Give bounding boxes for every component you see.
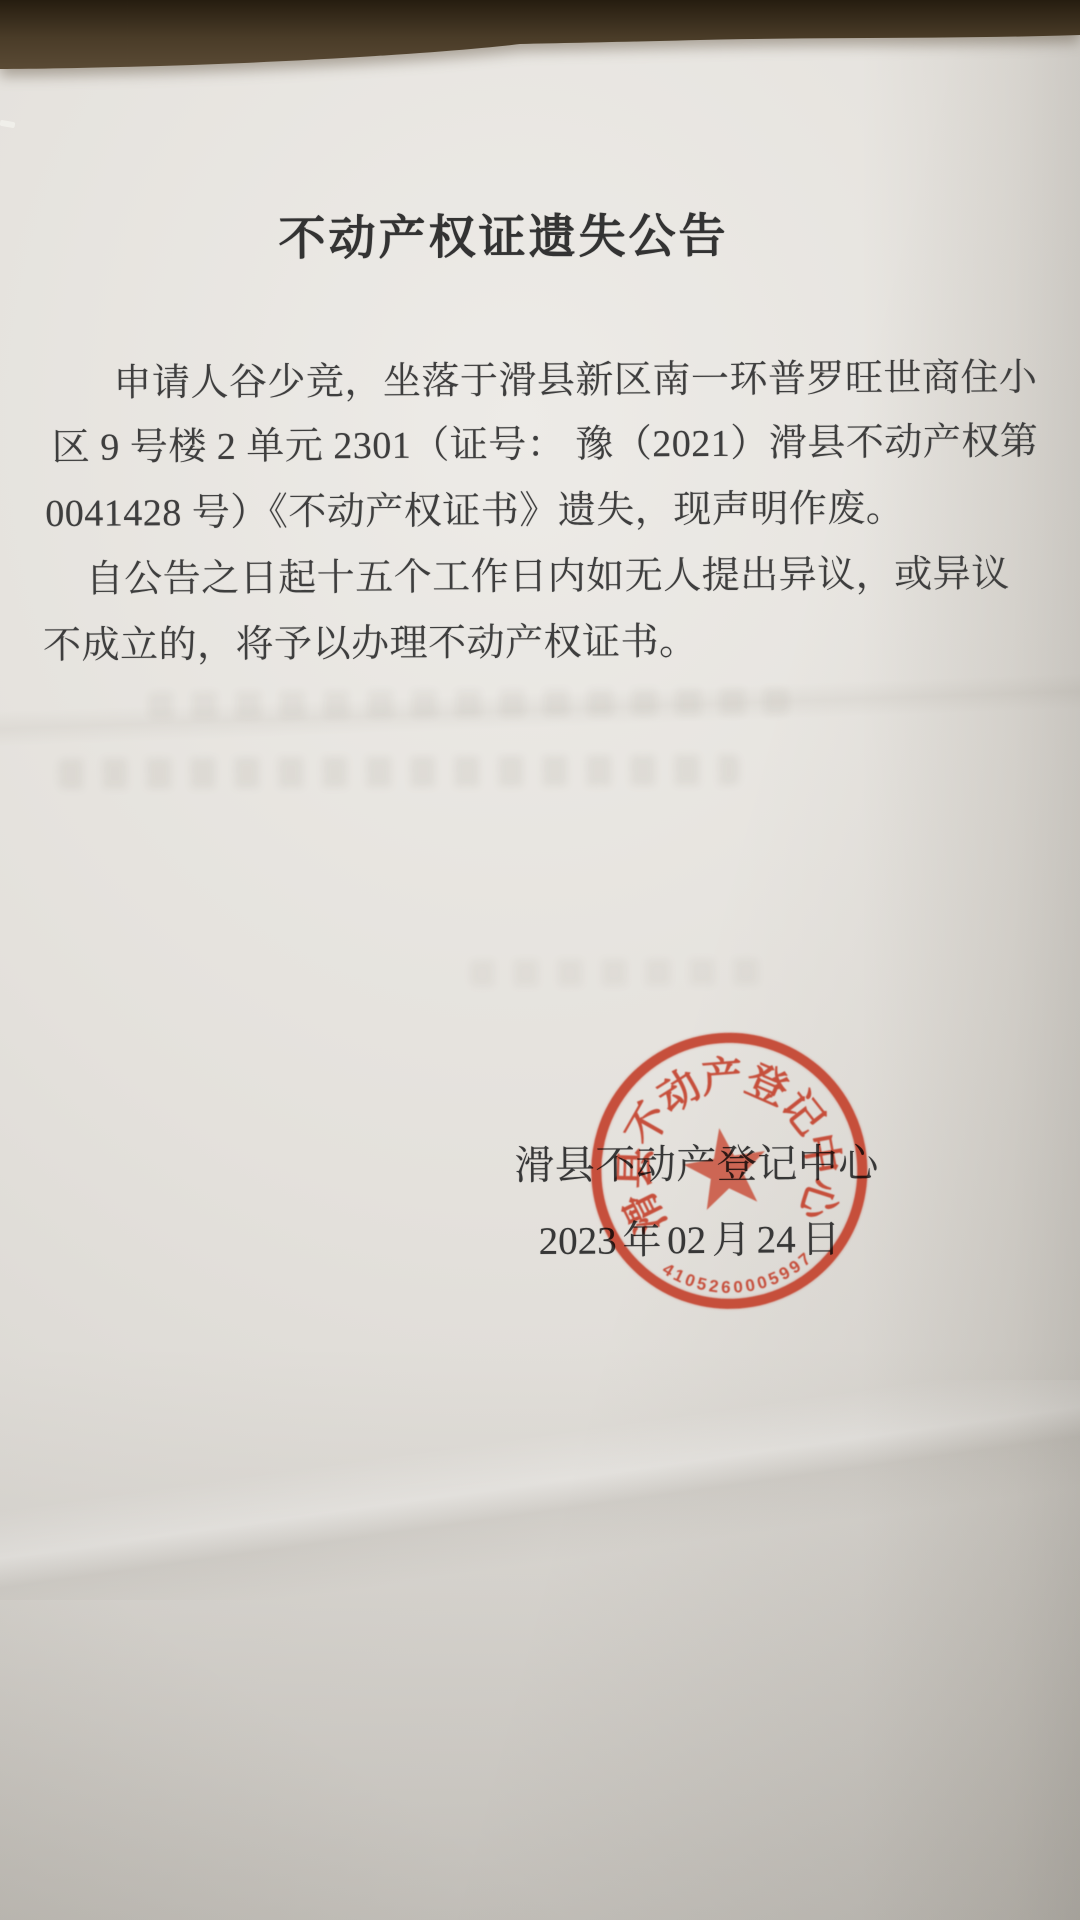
body-line: 申请人谷少竞，坐落于滑县新区南一环普罗旺世商住小	[113, 346, 1037, 407]
body-line: 区 9 号楼 2 单元 2301（证号： 豫（2021）滑县不动产权第	[52, 410, 1039, 471]
body-line: 不成立的，将予以办理不动产权证书。	[43, 610, 698, 669]
ink-bleedthrough	[59, 755, 739, 789]
document-photo: 不动产权证遗失公告 申请人谷少竞，坐落于滑县新区南一环普罗旺世商住小 区 9 号…	[0, 0, 1080, 1920]
document-content: 不动产权证遗失公告 申请人谷少竞，坐落于滑县新区南一环普罗旺世商住小 区 9 号…	[0, 0, 1080, 1920]
ink-bleedthrough	[470, 959, 760, 987]
stamp-serial: 4105260005997	[568, 1010, 890, 1332]
body-line: 0041428 号）《不动产权证书》遗失，现声明作废。	[45, 477, 904, 537]
official-seal: 滑县不动产登记中心 4105260005997	[568, 1010, 890, 1332]
ink-bleedthrough	[148, 688, 788, 718]
page-title: 不动产权证遗失公告	[278, 199, 728, 269]
body-line: 自公告之日起十五个工作日内如无人提出异议，或异议	[85, 542, 1009, 603]
